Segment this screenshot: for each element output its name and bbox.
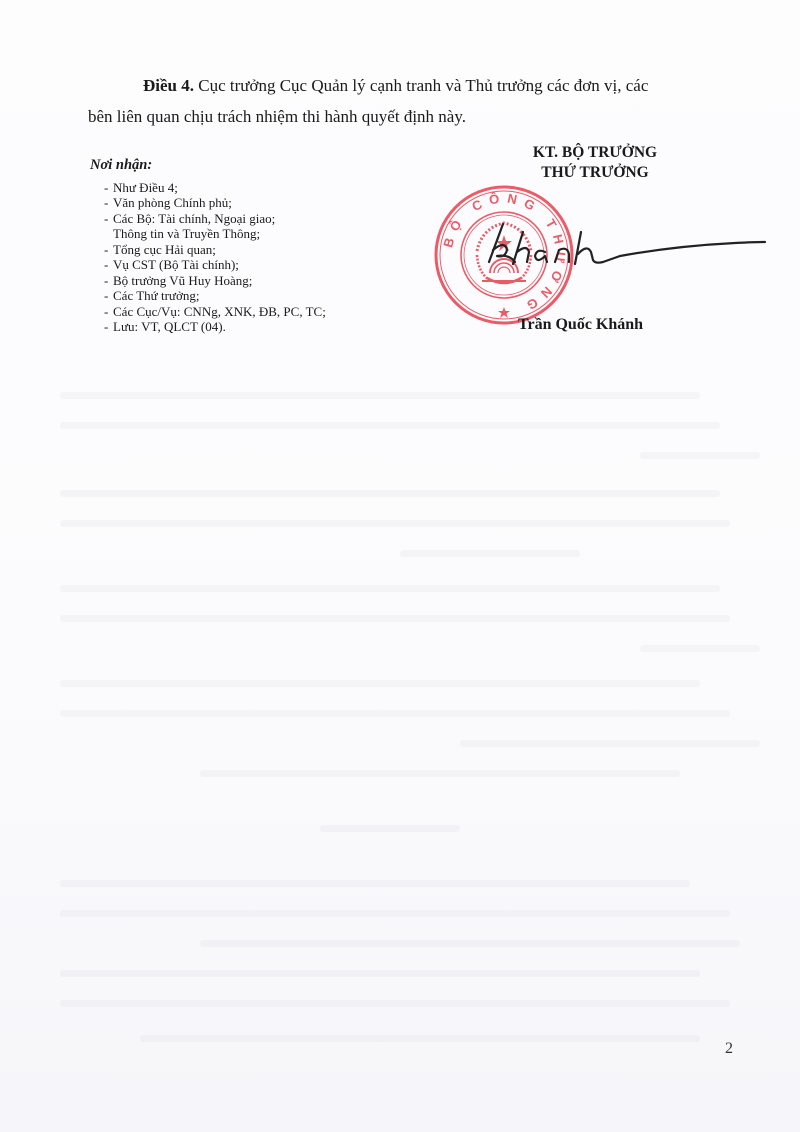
recipient-item-text: Các Bộ: Tài chính, Ngoại giao; xyxy=(113,211,275,226)
signer-name: Trần Quốc Khánh xyxy=(518,316,643,334)
article-label: Điều 4. xyxy=(143,76,194,95)
signature-title-block: KT. BỘ TRƯỞNG THỨ TRƯỞNG xyxy=(480,143,710,183)
recipient-item: Vụ CST (Bộ Tài chính); xyxy=(90,257,390,273)
recipient-item: Các Cục/Vụ: CNNg, XNK, ĐB, PC, TC; xyxy=(90,304,390,320)
signature-title-line-2: THỨ TRƯỞNG xyxy=(480,163,710,183)
recipient-item: Các Thứ trưởng; xyxy=(90,288,390,304)
article-text-line-2: bên liên quan chịu trách nhiệm thi hành … xyxy=(88,101,728,132)
recipients-list: Như Điều 4; Văn phòng Chính phủ; Các Bộ:… xyxy=(90,180,390,335)
recipients-title: Nơi nhận: xyxy=(90,158,390,174)
recipient-item: Bộ trưởng Vũ Huy Hoàng; xyxy=(90,273,390,289)
document-page: Điều 4. Cục trưởng Cục Quản lý cạnh tran… xyxy=(0,0,800,1132)
recipient-item: Tổng cục Hải quan; xyxy=(90,242,390,258)
handwritten-signature xyxy=(475,210,775,280)
signature-title-line-1: KT. BỘ TRƯỞNG xyxy=(480,143,710,163)
recipient-item: Lưu: VT, QLCT (04). xyxy=(90,319,390,335)
recipients-block: Nơi nhận: Như Điều 4; Văn phòng Chính ph… xyxy=(90,158,390,335)
article-4: Điều 4. Cục trưởng Cục Quản lý cạnh tran… xyxy=(88,70,728,132)
article-text-line-1: Cục trưởng Cục Quản lý cạnh tranh và Thủ… xyxy=(194,76,648,95)
page-number: 2 xyxy=(725,1040,733,1058)
recipient-item-continuation: Thông tin và Truyền Thông; xyxy=(113,226,260,241)
recipient-item: Các Bộ: Tài chính, Ngoại giao;Thông tin … xyxy=(90,211,390,242)
recipient-item: Văn phòng Chính phủ; xyxy=(90,195,390,211)
recipient-item: Như Điều 4; xyxy=(90,180,390,196)
